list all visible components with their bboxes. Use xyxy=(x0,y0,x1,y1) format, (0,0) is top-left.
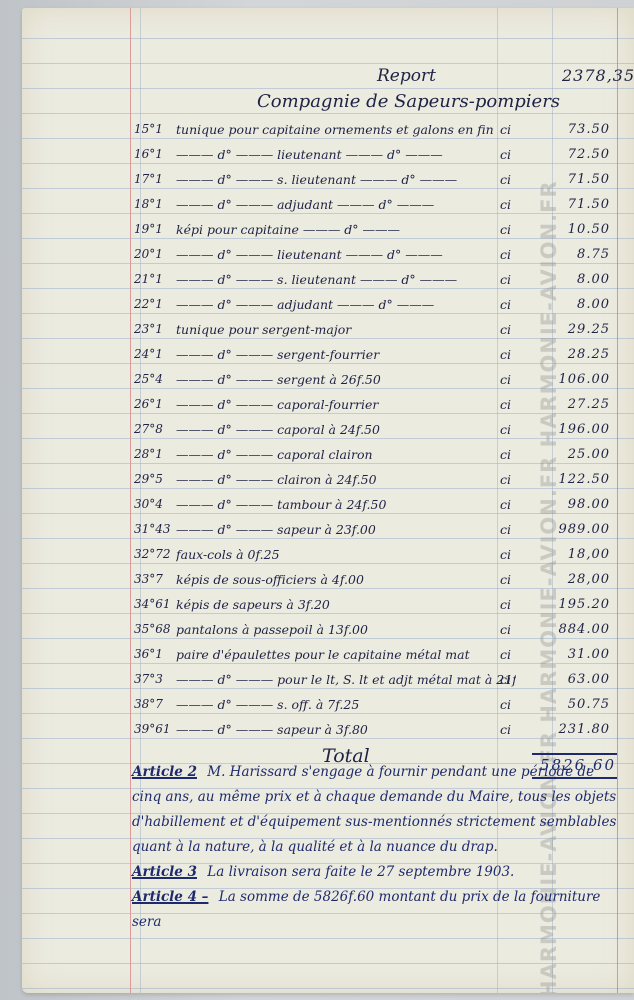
item-number: 37°3 xyxy=(134,672,176,686)
item-description: képis de sapeurs à 3f.20 xyxy=(176,597,516,612)
item-description: paire d'épaulettes pour le capitaine mét… xyxy=(176,647,516,662)
article-3: Article 3 La livraison sera faite le 27 … xyxy=(132,860,622,885)
item-amount: 989.00 xyxy=(559,522,611,537)
line-item: 22°1——— d° ——— adjudant ——— d° ———ci8.00 xyxy=(22,293,634,318)
article-text: M. Harissard s'engage à fournir pendant … xyxy=(132,764,616,855)
item-description: ——— d° ——— caporal à 24f.50 xyxy=(176,422,516,437)
item-description: faux-cols à 0f.25 xyxy=(176,547,516,562)
ci-marker: ci xyxy=(500,697,511,712)
item-number: 21°1 xyxy=(134,272,176,286)
line-item: 38°7——— d° ——— s. off. à 7f.25ci50.75 xyxy=(22,693,634,718)
ci-marker: ci xyxy=(500,497,511,512)
item-amount: 28,00 xyxy=(568,572,610,587)
line-item: 35°68pantalons à passepoil à 13f.00ci884… xyxy=(22,618,634,643)
line-item: 30°4——— d° ——— tambour à 24f.50ci98.00 xyxy=(22,493,634,518)
item-amount: 63.00 xyxy=(568,672,610,687)
ci-marker: ci xyxy=(500,647,511,662)
item-number: 25°4 xyxy=(134,372,176,386)
article-4: Article 4 – La somme de 5826f.60 montant… xyxy=(132,885,622,935)
item-amount: 72.50 xyxy=(568,147,610,162)
item-description: ——— d° ——— sergent à 26f.50 xyxy=(176,372,516,387)
item-amount: 73.50 xyxy=(568,122,610,137)
item-number: 23°1 xyxy=(134,322,176,336)
item-number: 22°1 xyxy=(134,297,176,311)
item-description: ——— d° ——— tambour à 24f.50 xyxy=(176,497,516,512)
line-item: 21°1——— d° ——— s. lieutenant ——— d° ———c… xyxy=(22,268,634,293)
item-number: 39°61 xyxy=(134,722,176,736)
ci-marker: ci xyxy=(500,272,511,287)
line-item: 17°1——— d° ——— s. lieutenant ——— d° ———c… xyxy=(22,168,634,193)
item-amount: 884.00 xyxy=(559,622,611,637)
item-amount: 231.80 xyxy=(559,722,611,737)
line-item: 20°1——— d° ——— lieutenant ——— d° ———ci8.… xyxy=(22,243,634,268)
line-item: 23°1tunique pour sergent-majorci29.25 xyxy=(22,318,634,343)
item-description: ——— d° ——— clairon à 24f.50 xyxy=(176,472,516,487)
item-number: 15°1 xyxy=(134,122,176,136)
ci-marker: ci xyxy=(500,622,511,637)
item-description: tunique pour sergent-major xyxy=(176,322,516,337)
ci-marker: ci xyxy=(500,197,511,212)
ci-marker: ci xyxy=(500,422,511,437)
article-label: Article 2 xyxy=(132,764,197,780)
ci-marker: ci xyxy=(500,672,511,687)
item-description: ——— d° ——— s. lieutenant ——— d° ——— xyxy=(176,272,516,287)
report-amount: 2378,35 xyxy=(562,66,634,85)
ci-marker: ci xyxy=(500,522,511,537)
item-amount: 50.75 xyxy=(568,697,610,712)
line-item: 32°72faux-cols à 0f.25ci18,00 xyxy=(22,543,634,568)
item-description: ——— d° ——— adjudant ——— d° ——— xyxy=(176,197,516,212)
item-description: ——— d° ——— caporal clairon xyxy=(176,447,516,462)
ci-marker: ci xyxy=(500,122,511,137)
item-amount: 8.75 xyxy=(577,247,610,262)
item-amount: 122.50 xyxy=(559,472,611,487)
article-2: Article 2 M. Harissard s'engage à fourni… xyxy=(132,760,622,860)
item-number: 36°1 xyxy=(134,647,176,661)
line-item: 18°1——— d° ——— adjudant ——— d° ———ci71.5… xyxy=(22,193,634,218)
line-item: 39°61——— d° ——— sapeur à 3f.80ci231.80 xyxy=(22,718,634,743)
line-item: 28°1——— d° ——— caporal claironci25.00 xyxy=(22,443,634,468)
item-description: ——— d° ——— sapeur à 23f.00 xyxy=(176,522,516,537)
item-number: 18°1 xyxy=(134,197,176,211)
ci-marker: ci xyxy=(500,172,511,187)
ci-marker: ci xyxy=(500,147,511,162)
item-amount: 106.00 xyxy=(559,372,611,387)
item-description: ——— d° ——— caporal-fourrier xyxy=(176,397,516,412)
ci-marker: ci xyxy=(500,472,511,487)
item-number: 32°72 xyxy=(134,547,176,561)
item-amount: 196.00 xyxy=(559,422,611,437)
ci-marker: ci xyxy=(500,547,511,562)
item-description: ——— d° ——— sergent-fourrier xyxy=(176,347,516,362)
article-text: La livraison sera faite le 27 septembre … xyxy=(207,864,514,880)
ci-marker: ci xyxy=(500,722,511,737)
item-number: 38°7 xyxy=(134,697,176,711)
item-number: 35°68 xyxy=(134,622,176,636)
item-number: 17°1 xyxy=(134,172,176,186)
item-amount: 195.20 xyxy=(559,597,611,612)
line-item: 33°7képis de sous-officiers à 4f.00ci28,… xyxy=(22,568,634,593)
item-description: ——— d° ——— adjudant ——— d° ——— xyxy=(176,297,516,312)
line-item: 24°1——— d° ——— sergent-fourrierci28.25 xyxy=(22,343,634,368)
item-amount: 8.00 xyxy=(577,272,610,287)
line-item: 19°1képi pour capitaine ——— d° ———ci10.5… xyxy=(22,218,634,243)
ci-marker: ci xyxy=(500,222,511,237)
ci-marker: ci xyxy=(500,447,511,462)
line-item: 31°43——— d° ——— sapeur à 23f.00ci989.00 xyxy=(22,518,634,543)
item-amount: 71.50 xyxy=(568,197,610,212)
item-number: 28°1 xyxy=(134,447,176,461)
report-label: Report xyxy=(377,66,436,86)
article-label: Article 3 xyxy=(132,864,197,880)
line-item: 16°1——— d° ——— lieutenant ——— d° ———ci72… xyxy=(22,143,634,168)
item-number: 26°1 xyxy=(134,397,176,411)
line-item: 25°4——— d° ——— sergent à 26f.50ci106.00 xyxy=(22,368,634,393)
item-amount: 18,00 xyxy=(568,547,610,562)
line-item: 36°1paire d'épaulettes pour le capitaine… xyxy=(22,643,634,668)
ci-marker: ci xyxy=(500,397,511,412)
item-description: ——— d° ——— sapeur à 3f.80 xyxy=(176,722,516,737)
ci-marker: ci xyxy=(500,297,511,312)
item-number: 29°5 xyxy=(134,472,176,486)
ci-marker: ci xyxy=(500,597,511,612)
item-amount: 31.00 xyxy=(568,647,610,662)
line-item: 15°1tunique pour capitaine ornements et … xyxy=(22,118,634,143)
item-description: ——— d° ——— s. lieutenant ——— d° ——— xyxy=(176,172,516,187)
line-item: 34°61képis de sapeurs à 3f.20ci195.20 xyxy=(22,593,634,618)
article-label: Article 4 – xyxy=(132,889,208,905)
ci-marker: ci xyxy=(500,372,511,387)
line-item: 27°8——— d° ——— caporal à 24f.50ci196.00 xyxy=(22,418,634,443)
total-rule-top xyxy=(532,753,617,755)
item-amount: 10.50 xyxy=(568,222,610,237)
item-description: képis de sous-officiers à 4f.00 xyxy=(176,572,516,587)
item-number: 16°1 xyxy=(134,147,176,161)
item-amount: 98.00 xyxy=(568,497,610,512)
line-item: 26°1——— d° ——— caporal-fourrierci27.25 xyxy=(22,393,634,418)
item-description: ——— d° ——— pour le lt, S. lt et adjt mét… xyxy=(176,672,516,687)
line-item: 29°5——— d° ——— clairon à 24f.50ci122.50 xyxy=(22,468,634,493)
ledger-page: HARMONIE-AVION.FR HARMONIE-AVION.FR HARM… xyxy=(22,8,634,993)
item-number: 20°1 xyxy=(134,247,176,261)
line-item: 37°3——— d° ——— pour le lt, S. lt et adjt… xyxy=(22,668,634,693)
item-description: tunique pour capitaine ornements et galo… xyxy=(176,122,516,137)
item-amount: 71.50 xyxy=(568,172,610,187)
item-number: 24°1 xyxy=(134,347,176,361)
item-description: ——— d° ——— lieutenant ——— d° ——— xyxy=(176,147,516,162)
item-amount: 27.25 xyxy=(568,397,610,412)
item-amount: 29.25 xyxy=(568,322,610,337)
ci-marker: ci xyxy=(500,247,511,262)
item-description: pantalons à passepoil à 13f.00 xyxy=(176,622,516,637)
item-number: 19°1 xyxy=(134,222,176,236)
item-number: 27°8 xyxy=(134,422,176,436)
item-amount: 28.25 xyxy=(568,347,610,362)
ci-marker: ci xyxy=(500,347,511,362)
item-number: 30°4 xyxy=(134,497,176,511)
section-title: Compagnie de Sapeurs-pompiers xyxy=(257,91,560,112)
item-description: ——— d° ——— s. off. à 7f.25 xyxy=(176,697,516,712)
item-amount: 25.00 xyxy=(568,447,610,462)
ci-marker: ci xyxy=(500,572,511,587)
item-description: képi pour capitaine ——— d° ——— xyxy=(176,222,516,237)
item-number: 34°61 xyxy=(134,597,176,611)
ci-marker: ci xyxy=(500,322,511,337)
item-amount: 8.00 xyxy=(577,297,610,312)
item-number: 33°7 xyxy=(134,572,176,586)
item-description: ——— d° ——— lieutenant ——— d° ——— xyxy=(176,247,516,262)
item-number: 31°43 xyxy=(134,522,176,536)
